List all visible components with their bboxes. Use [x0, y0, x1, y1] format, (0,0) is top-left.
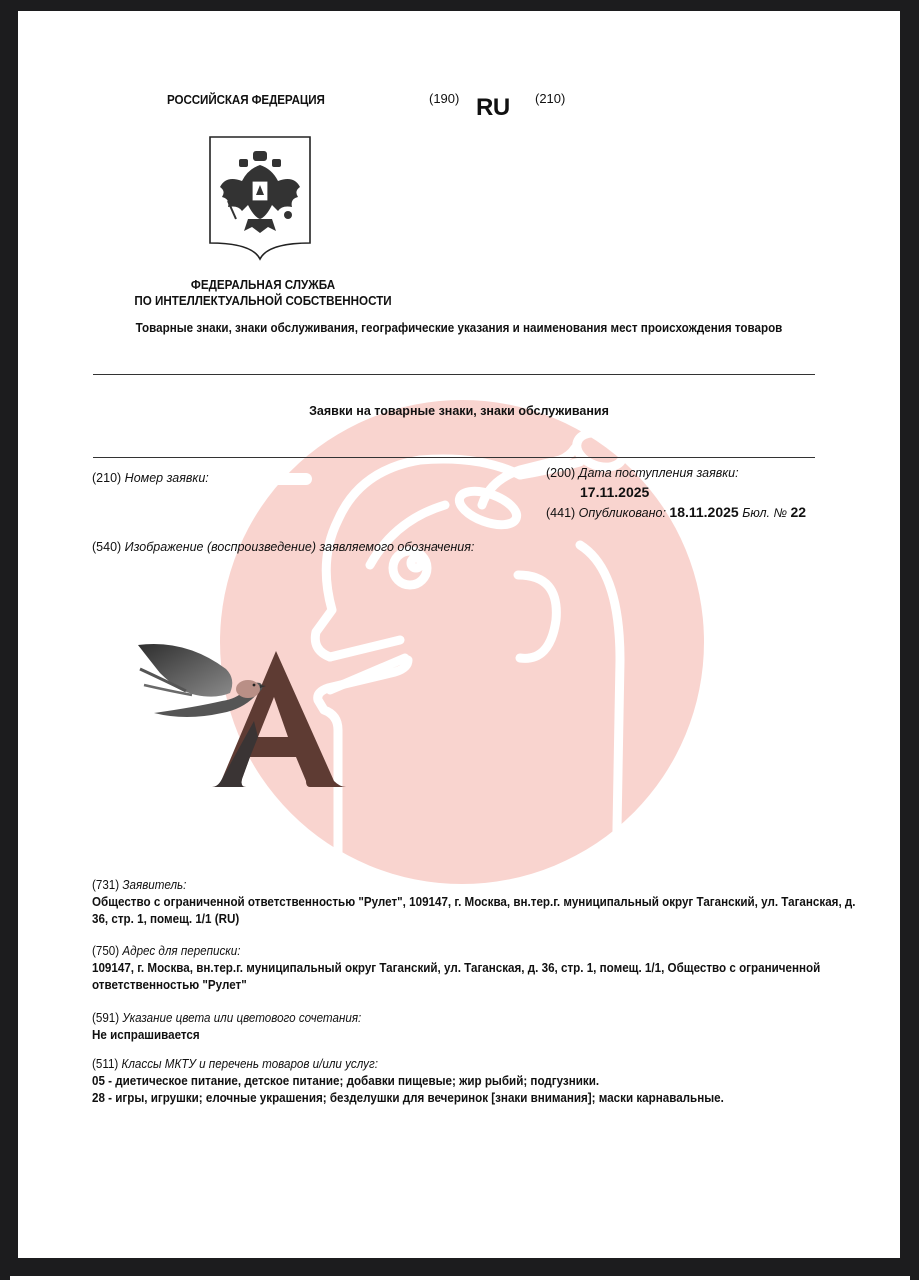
applicant-value: Общество с ограниченной ответственностью…: [92, 894, 871, 928]
color-claim-value: Не испрашивается: [92, 1027, 871, 1044]
inid-code: (511): [92, 1057, 118, 1071]
field-label: Заявитель:: [122, 878, 186, 892]
inid-code: (441): [546, 506, 575, 520]
inid-code: (210): [92, 471, 121, 485]
class-item-28: 28 - игры, игрушки; елочные украшения; б…: [92, 1090, 871, 1107]
filing-date-value: 17.11.2025: [580, 484, 649, 500]
field-label: Изображение (воспроизведение) заявляемог…: [125, 540, 475, 554]
classes-heading: (511) Классы МКТУ и перечень товаров и/и…: [92, 1056, 817, 1073]
color-claim-heading: (591) Указание цвета или цветового сочет…: [92, 1010, 817, 1027]
correspondence-section: (750) Адрес для переписки: 109147, г. Мо…: [92, 943, 872, 994]
section-title: Заявки на товарные знаки, знаки обслужив…: [18, 404, 900, 418]
classes-section: (511) Классы МКТУ и перечень товаров и/и…: [92, 1056, 872, 1107]
trademark-image: [126, 629, 366, 789]
class-item-05: 05 - диетическое питание, детское питани…: [92, 1073, 871, 1090]
agency-line-2: ПО ИНТЕЛЛЕКТУАЛЬНОЙ СОБСТВЕННОСТИ: [124, 293, 403, 309]
divider: [93, 374, 815, 375]
inid-code: (591): [92, 1011, 119, 1025]
swallow-bird-icon: [138, 644, 266, 717]
field-label: Номер заявки:: [125, 471, 209, 485]
field-label: Указание цвета или цветового сочетания:: [122, 1011, 361, 1025]
inid-code: (750): [92, 944, 119, 958]
inid-code: (540): [92, 540, 121, 554]
image-field: (540) Изображение (воспроизведение) заяв…: [92, 540, 474, 554]
applicant-section: (731) Заявитель: Общество с ограниченной…: [92, 877, 872, 928]
publication-field: (441) Опубликовано: 18.11.2025 Бюл. № 22: [546, 504, 806, 520]
document-page: РОССИЙСКАЯ ФЕДЕРАЦИЯ (190) RU (210) ФЕДЕ…: [18, 11, 900, 1258]
filing-date-field: (200) Дата поступления заявки:: [546, 466, 739, 480]
correspondence-value: 109147, г. Москва, вн.тер.г. муниципальн…: [92, 960, 871, 994]
inid-code: (200): [546, 466, 575, 480]
country-code: RU: [476, 94, 510, 122]
correspondence-heading: (750) Адрес для переписки:: [92, 943, 817, 960]
inid-190: (190): [429, 91, 459, 106]
redacted-application-number: [212, 473, 312, 485]
applicant-heading: (731) Заявитель:: [92, 877, 817, 894]
publication-date: 18.11.2025: [669, 504, 738, 520]
field-label: Дата поступления заявки:: [579, 466, 739, 480]
color-claim-section: (591) Указание цвета или цветового сочет…: [92, 1010, 872, 1044]
bulletin-label: Бюл. №: [742, 506, 787, 520]
field-label: Опубликовано:: [579, 506, 666, 520]
divider: [93, 457, 815, 458]
bulletin-number: 22: [790, 504, 806, 520]
next-page-edge: [10, 1276, 910, 1280]
agency-line-1: ФЕДЕРАЛЬНАЯ СЛУЖБА: [124, 277, 403, 293]
field-label: Адрес для переписки:: [122, 944, 240, 958]
russian-coat-of-arms-icon: [208, 135, 312, 261]
field-label: Классы МКТУ и перечень товаров и/или усл…: [122, 1057, 378, 1071]
inid-code: (731): [92, 878, 119, 892]
publication-subject: Товарные знаки, знаки обслуживания, геог…: [49, 321, 869, 335]
agency-name: ФЕДЕРАЛЬНАЯ СЛУЖБА ПО ИНТЕЛЛЕКТУАЛЬНОЙ С…: [124, 277, 403, 309]
application-number-field: (210) Номер заявки:: [92, 471, 312, 485]
inid-210-header: (210): [535, 91, 565, 106]
country-name: РОССИЙСКАЯ ФЕДЕРАЦИЯ: [167, 93, 325, 107]
